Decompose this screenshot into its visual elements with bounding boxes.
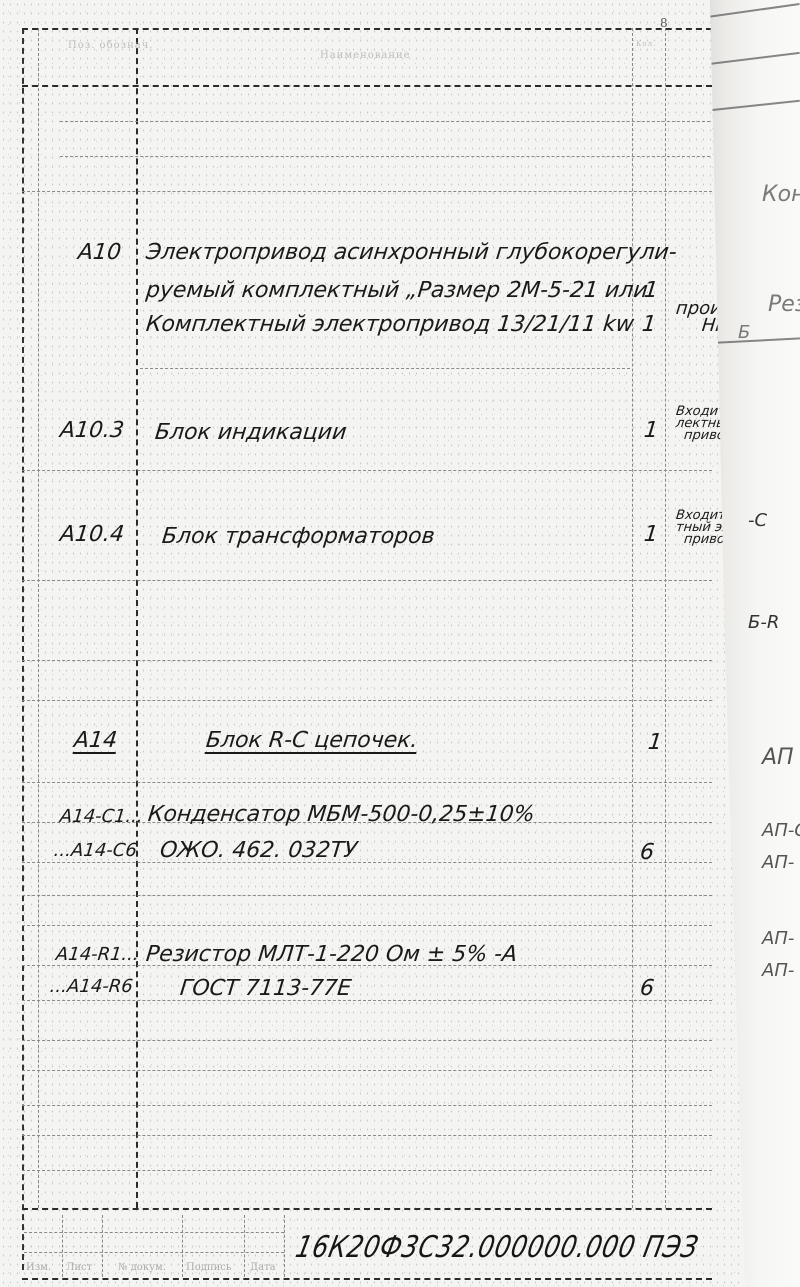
next-page-fragment: Кон — [762, 182, 800, 207]
stamp-divider — [182, 1215, 183, 1277]
stamp-row-line — [24, 1232, 284, 1233]
next-page-fragment: АП- — [762, 928, 794, 949]
stamp-divider — [62, 1215, 63, 1277]
row-line — [22, 700, 712, 701]
header-qty-label: Кол. — [636, 40, 656, 48]
row-line — [22, 1070, 712, 1071]
next-page-line — [700, 52, 799, 66]
frame-top-border — [22, 28, 712, 30]
stamp-label-signature: Подпись — [186, 1262, 231, 1273]
frame-bottom-border — [22, 1278, 712, 1280]
column-divider — [665, 28, 666, 1208]
position-A14: A14 — [73, 728, 119, 753]
row-line — [22, 660, 712, 661]
document-code: 16К20Ф3С32.000000.000 ПЭЗ — [293, 1230, 702, 1265]
row-line — [60, 156, 710, 157]
next-page-fragment: Б-R — [748, 612, 779, 633]
header-bottom-border — [22, 85, 712, 87]
row-line — [22, 782, 712, 783]
document-page: Поз. обознач. Наименование Кол. 8 A10 Эл… — [0, 0, 800, 1287]
table-bottom-border — [22, 1208, 712, 1210]
item-name-line: Электропривод асинхронный глубокорегули- — [145, 240, 678, 265]
row-line — [60, 121, 710, 122]
item-name-line: Конденсатор МБМ-500-0,25±10% — [147, 802, 536, 827]
next-page-fragment: АП — [762, 745, 794, 770]
row-line — [22, 895, 712, 896]
row-line — [22, 1170, 712, 1171]
position-range-start: A14-C1... — [59, 806, 144, 827]
item-qty: 6 — [639, 976, 656, 1001]
row-line — [22, 1040, 712, 1041]
item-name-line: руемый комплектный „Размер 2М-5-21 или — [145, 278, 649, 303]
row-line — [22, 470, 712, 471]
row-line — [22, 1000, 712, 1001]
stamp-divider — [244, 1215, 245, 1277]
stamp-label-doc-no: № докум. — [118, 1262, 166, 1273]
item-qty: 1 — [643, 418, 660, 443]
page-mark: 8 — [660, 16, 669, 30]
column-divider — [136, 28, 138, 1208]
column-divider — [38, 28, 39, 1208]
stamp-label-change: Изм. — [26, 1262, 51, 1273]
item-qty: 6 — [639, 840, 656, 865]
next-page-line — [700, 3, 799, 19]
next-page-line — [700, 100, 800, 112]
row-line — [140, 368, 630, 369]
item-qty: 1 — [647, 730, 664, 755]
stamp-label-sheet: Лист — [66, 1262, 92, 1273]
next-page-fragment: АП-С — [762, 820, 800, 841]
item-qty: 1 — [641, 312, 658, 337]
position-A10-3: A10.3 — [59, 418, 126, 443]
item-name-line: Блок R-C цепочек. — [205, 728, 419, 753]
stamp-row-line — [24, 1252, 284, 1253]
position-A10: A10 — [77, 240, 123, 265]
header-position-label: Поз. обознач. — [68, 40, 154, 51]
item-qty: 1 — [643, 522, 660, 547]
next-page-fragment: Рез — [768, 292, 800, 317]
next-page-fragment: -С — [748, 510, 767, 531]
item-name-line: Блок трансформаторов — [161, 524, 436, 549]
row-line — [22, 1105, 712, 1106]
item-qty: 1 — [643, 278, 660, 303]
next-page-fragment: Б — [738, 322, 750, 343]
header-name-label: Наименование — [320, 50, 411, 61]
item-name-line: Резистор МЛТ-1-220 Ом ± 5% -А — [145, 942, 519, 967]
row-line — [22, 925, 712, 926]
position-range-end: ...A14-C6 — [53, 840, 138, 861]
position-range-start: A14-R1... — [55, 944, 140, 965]
row-line — [22, 580, 712, 581]
next-page-fragment: АП- — [762, 852, 794, 873]
item-name-line: ОЖО. 462. 032ТУ — [159, 838, 359, 863]
row-line — [22, 862, 712, 863]
column-divider — [632, 28, 633, 1208]
next-page-fragment: АП- — [762, 960, 794, 981]
row-line — [22, 191, 712, 192]
item-name-line: ГОСТ 7113-77Е — [179, 976, 353, 1001]
page-frame — [22, 28, 712, 1270]
position-range-end: ...A14-R6 — [49, 976, 134, 997]
row-line — [22, 1135, 712, 1136]
stamp-label-date: Дата — [250, 1262, 276, 1273]
stamp-divider — [284, 1215, 285, 1277]
position-A10-4: A10.4 — [59, 522, 126, 547]
item-name-line: Комплектный электропривод 13/21/11 kw — [145, 312, 635, 337]
item-name-line: Блок индикации — [154, 420, 348, 445]
stamp-divider — [102, 1215, 103, 1277]
